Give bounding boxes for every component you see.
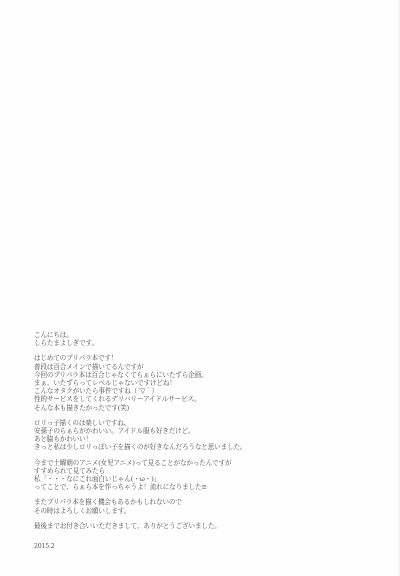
text-line: 性的サービスをしてくれるデリバリーアイドルサービス。 bbox=[34, 395, 374, 403]
text-line: きっと私は少しロリっぽい子を描くのが好きなんだろうなと思いました。 bbox=[34, 443, 374, 451]
text-line: またプリパラ本を描く機会もあるかもしれないので bbox=[34, 498, 374, 506]
afterword-text: こんにちは。 しらたまよしぎです。 はじめてのプリパラ本です！ 普段は百合メイン… bbox=[34, 331, 374, 537]
text-line: こんにちは。 bbox=[34, 331, 374, 339]
text-line: そんな本も描きたかったです(笑) bbox=[34, 404, 374, 412]
paragraph-drawing: ロリっ子描くのは楽しいですね。 安孫子のらぁらがかわいい。アイドル服も好きだけど… bbox=[34, 419, 374, 452]
text-line: まぁ、いたずらってレベルじゃないですけどね！ bbox=[34, 379, 374, 387]
manga-afterword-page: こんにちは。 しらたまよしぎです。 はじめてのプリパラ本です！ 普段は百合メイン… bbox=[0, 0, 400, 576]
text-line: その時はよろしくお願いします。 bbox=[34, 507, 374, 515]
text-line: 今まで土曜朝のアニメ(女児アニメ)って見ることがなかったんですが bbox=[34, 459, 374, 467]
paragraph-next-time: またプリパラ本を描く機会もあるかもしれないので その時はよろしくお願いします。 bbox=[34, 498, 374, 514]
date-stamp: 2015.2 bbox=[34, 543, 54, 550]
text-line: 普段は百合メインで描いてるんですが bbox=[34, 363, 374, 371]
text-line: 最後までお付き合いいただきまして、ありがとうございました。 bbox=[34, 522, 374, 530]
text-line: はじめてのプリパラ本です！ bbox=[34, 354, 374, 362]
text-line: ってことで、らぁら本を作っちゃうよ！流れになりました≡ bbox=[34, 483, 374, 491]
text-line: すすめられて見てみたら bbox=[34, 467, 374, 475]
text-line: しらたまよしぎです。 bbox=[34, 339, 374, 347]
text-line: ロリっ子描くのは楽しいですね。 bbox=[34, 419, 374, 427]
paragraph-first-book: はじめてのプリパラ本です！ 普段は百合メインで描いてるんですが 今回のプリパラ本… bbox=[34, 354, 374, 411]
paragraph-anime: 今まで土曜朝のアニメ(女児アニメ)って見ることがなかったんですが すすめられて見… bbox=[34, 459, 374, 492]
paragraph-thanks: 最後までお付き合いいただきまして、ありがとうございました。 bbox=[34, 522, 374, 530]
text-line: 安孫子のらぁらがかわいい。アイドル服も好きだけど。 bbox=[34, 427, 374, 435]
text-line: 今回のプリパラ本は百合じゃなくてらぁらにいたずら企画。 bbox=[34, 371, 374, 379]
paragraph-greeting: こんにちは。 しらたまよしぎです。 bbox=[34, 331, 374, 347]
